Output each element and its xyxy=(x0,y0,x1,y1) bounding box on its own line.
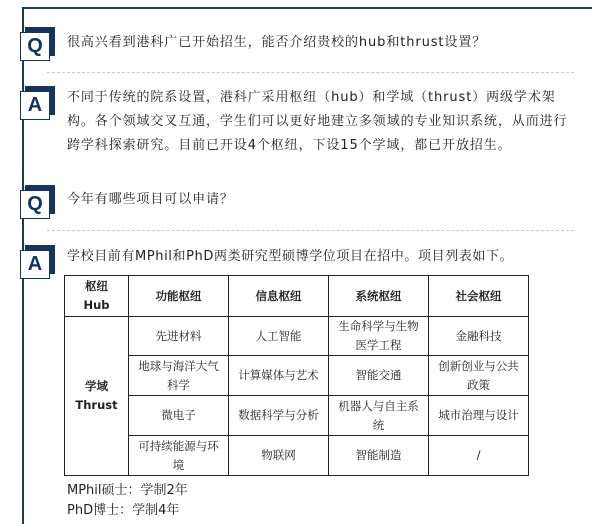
program-table: 枢纽 Hub 功能枢纽 信息枢纽 系统枢纽 社会枢纽 学域 Thrust 先进材… xyxy=(64,275,529,476)
badge-letter: Q xyxy=(20,32,50,61)
table-cell: 数据科学与分析 xyxy=(229,396,329,436)
question-text: 今年有哪些项目可以申请？ xyxy=(67,188,234,212)
table-cell: 创新创业与公共政策 xyxy=(429,356,529,396)
hub-header-cell: 信息枢纽 xyxy=(229,276,329,317)
table-cell: 人工智能 xyxy=(229,317,329,356)
corner-header-en: Hub xyxy=(71,296,122,315)
row-header-zh: 学域 xyxy=(71,377,122,396)
answer-badge: A xyxy=(20,250,50,279)
corner-header-cell: 枢纽 Hub xyxy=(65,276,129,317)
table-row: 学域 Thrust 先进材料 人工智能 生命科学与生物医学工程 金融科技 xyxy=(65,317,529,356)
table-cell: 物联网 xyxy=(229,436,329,476)
table-row: 微电子 数据科学与分析 机器人与自主系统 城市治理与设计 xyxy=(65,396,529,436)
table-cell: 微电子 xyxy=(129,396,229,436)
table-cell: / xyxy=(429,436,529,476)
frame-top-border xyxy=(22,7,592,9)
table-cell: 城市治理与设计 xyxy=(429,396,529,436)
table-cell: 先进材料 xyxy=(129,317,229,356)
answer-line: 构。各个领域交叉互通，学生们可以更好地建立多领域的专业知识系统，从而进行 xyxy=(67,110,567,134)
corner-header-zh: 枢纽 xyxy=(71,277,122,296)
answer-line: 跨学科探索研究。目前已开设4个枢纽，下设15个学域，都已开放招生。 xyxy=(67,134,567,158)
answer-text: 不同于传统的院系设置，港科广采用枢纽（hub）和学域（thrust）两级学术架 … xyxy=(67,86,567,158)
table-row: 地球与海洋大气科学 计算媒体与艺术 智能交通 创新创业与公共政策 xyxy=(65,356,529,396)
hub-header-cell: 社会枢纽 xyxy=(429,276,529,317)
table-cell: 生命科学与生物医学工程 xyxy=(329,317,429,356)
question-badge: Q xyxy=(20,32,50,61)
row-header-en: Thrust xyxy=(71,396,122,415)
question-badge: Q xyxy=(20,190,50,219)
answer-text: 学校目前有MPhil和PhD两类研究型硕博学位项目在招中。项目列表如下。 xyxy=(67,245,513,269)
answer-badge: A xyxy=(20,91,50,120)
table-cell: 智能制造 xyxy=(329,436,429,476)
question-text: 很高兴看到港科广已开始招生，能否介绍贵校的hub和thrust设置？ xyxy=(67,31,486,55)
divider-dashed xyxy=(47,72,574,73)
hub-header-cell: 功能枢纽 xyxy=(129,276,229,317)
divider-dashed xyxy=(47,230,574,231)
table-cell: 可持续能源与环境 xyxy=(129,436,229,476)
badge-letter: A xyxy=(20,250,50,279)
badge-letter: A xyxy=(20,91,50,120)
hub-header-cell: 系统枢纽 xyxy=(329,276,429,317)
badge-letter: Q xyxy=(20,190,50,219)
table-cell: 地球与海洋大气科学 xyxy=(129,356,229,396)
table-cell: 机器人与自主系统 xyxy=(329,396,429,436)
table-header-row: 枢纽 Hub 功能枢纽 信息枢纽 系统枢纽 社会枢纽 xyxy=(65,276,529,317)
answer-line: 不同于传统的院系设置，港科广采用枢纽（hub）和学域（thrust）两级学术架 xyxy=(67,86,567,110)
table-cell: 金融科技 xyxy=(429,317,529,356)
mphil-duration: MPhil硕士：学制2年 xyxy=(67,481,188,501)
phd-duration: PhD博士：学制4年 xyxy=(67,501,179,521)
table-row: 可持续能源与环境 物联网 智能制造 / xyxy=(65,436,529,476)
row-header-cell: 学域 Thrust xyxy=(65,317,129,476)
table-cell: 智能交通 xyxy=(329,356,429,396)
table-cell: 计算媒体与艺术 xyxy=(229,356,329,396)
